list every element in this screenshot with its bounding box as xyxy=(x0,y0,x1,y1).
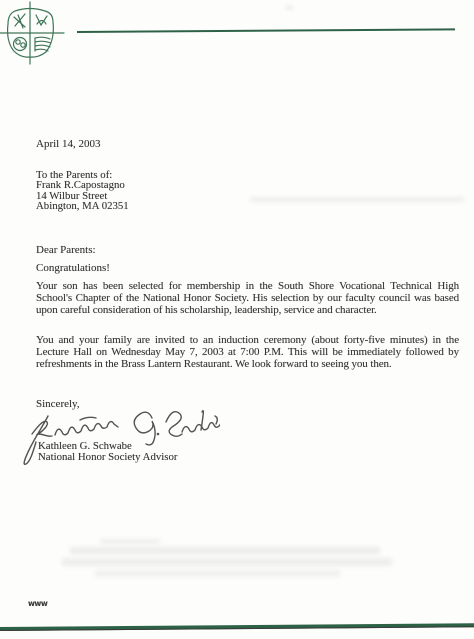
salutation: Dear Parents: xyxy=(36,244,96,256)
crest-quadrant-tr xyxy=(36,15,47,25)
body-paragraph-2: You and your family are invited to an in… xyxy=(36,334,459,371)
letter-scan-page: April 14, 2003 To the Parents of: Frank … xyxy=(0,0,474,639)
scan-smudge xyxy=(95,570,340,577)
footer-www-mark: www xyxy=(28,599,47,608)
crest-quadrant-tl xyxy=(14,14,25,28)
signature-script xyxy=(20,406,220,470)
scan-smudge xyxy=(62,558,392,566)
scan-smudge xyxy=(250,197,464,202)
scan-smudge xyxy=(286,6,293,9)
bottom-rule xyxy=(0,623,474,630)
recipient-block: To the Parents of: Frank R.Capostagno 14… xyxy=(36,170,129,212)
scan-smudge xyxy=(70,547,380,554)
body-paragraph-1: Your son has been selected for membershi… xyxy=(36,280,459,317)
school-crest-icon xyxy=(0,0,70,70)
scan-smudge xyxy=(100,539,160,544)
recipient-line: Abington, MA 02351 xyxy=(36,201,129,211)
top-rule xyxy=(77,28,455,33)
letter-date: April 14, 2003 xyxy=(36,138,100,150)
congratulations-line: Congratulations! xyxy=(36,262,110,274)
